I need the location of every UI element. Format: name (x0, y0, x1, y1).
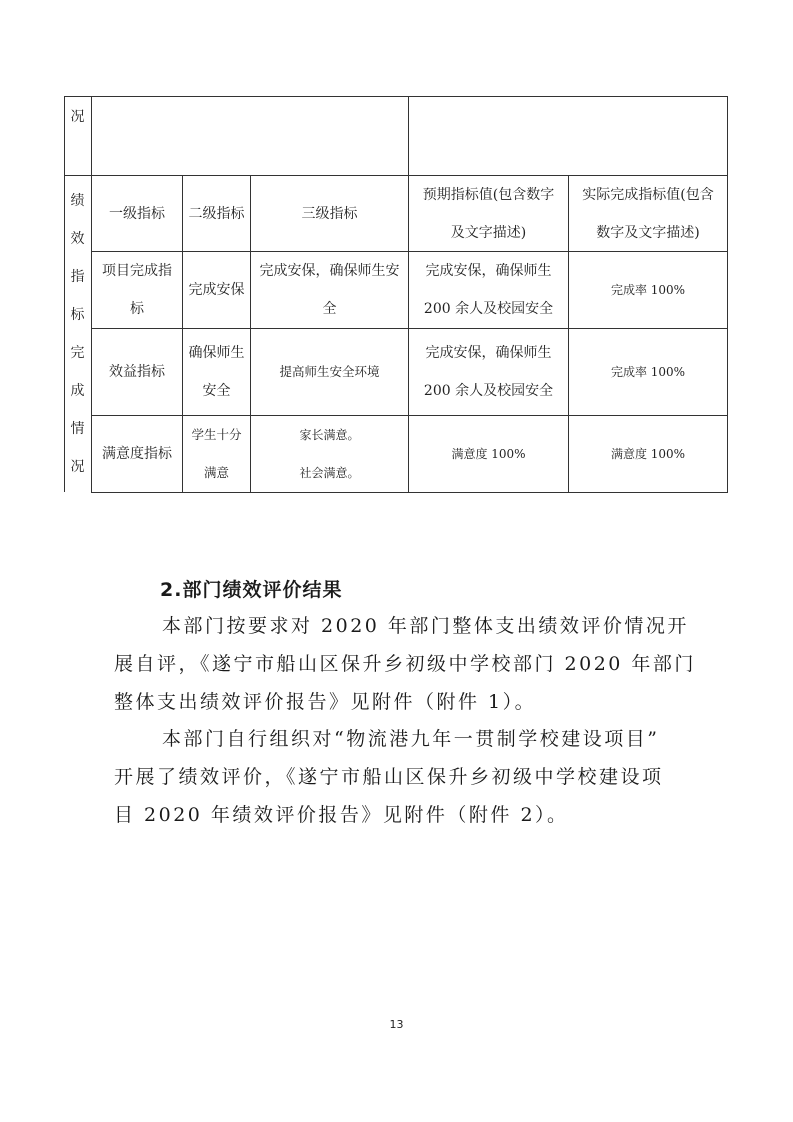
cell-text: 完成安保，确保师生 (426, 252, 552, 290)
paragraph-line: 整体支出绩效评价报告》见附件（附件 1）。 (114, 683, 704, 721)
table-border-top (64, 96, 728, 97)
row2-expected: 完成安保，确保师生 200 余人及校园安全 (409, 329, 568, 415)
paragraph-line: 本部门自行组织对“物流港九年一贯制学校建设项目” (114, 720, 704, 758)
row3-level2: 学生十分 满意 (183, 416, 250, 492)
row1-level3: 完成安保，确保师生安 全 (251, 252, 408, 328)
row2-actual: 完成率 100% (569, 329, 727, 415)
header-actual: 实际完成指标值(包含 数字及文字描述) (569, 176, 727, 251)
header-text: 二级指标 (189, 195, 245, 233)
row3-actual: 满意度 100% (569, 416, 727, 492)
row1-level2: 完成安保 (183, 252, 250, 328)
table-border-bottom (91, 492, 728, 493)
cell-text: 完成率 100% (611, 353, 685, 391)
cell-text: 全 (323, 290, 337, 328)
cell-text: 200 余人及校园安全 (424, 372, 553, 410)
cell-text: 满意度 100% (451, 435, 525, 473)
label-char: 成 (64, 380, 91, 400)
header-level2: 二级指标 (183, 176, 250, 251)
cell-text: 200 余人及校园安全 (424, 290, 553, 328)
cell-text: 确保师生 (189, 334, 245, 372)
paragraph-line: 目 2020 年绩效评价报告》见附件（附件 2）。 (114, 796, 704, 834)
row2-level2: 确保师生 安全 (183, 329, 250, 415)
paragraph-line: 开展了绩效评价，《遂宁市船山区保升乡初级中学校建设项 (114, 758, 704, 796)
label-char: 绩 (64, 190, 91, 210)
cell-text: 满意 (204, 454, 229, 492)
cell-text: 完成安保 (189, 271, 245, 309)
cell-text: 完成安保，确保师生 (426, 334, 552, 372)
header-text: 预期指标值(包含数字 (423, 176, 554, 214)
paragraph-line: 展自评，《遂宁市船山区保升乡初级中学校部门 2020 年部门 (114, 645, 704, 683)
paragraph-2: 本部门自行组织对“物流港九年一贯制学校建设项目” 开展了绩效评价，《遂宁市船山区… (114, 720, 704, 834)
cell-text: 提高师生安全环境 (279, 353, 379, 391)
label-char: 效 (64, 228, 91, 248)
header-text: 及文字描述) (451, 214, 526, 252)
label-char: 完 (64, 342, 91, 362)
row1-level1: 项目完成指 标 (92, 252, 182, 328)
paragraph-1: 本部门按要求对 2020 年部门整体支出绩效评价情况开 展自评，《遂宁市船山区保… (114, 607, 704, 721)
label-char: 情 (64, 418, 91, 438)
cell-text: 项目完成指 (102, 252, 172, 290)
header-text: 数字及文字描述) (596, 214, 699, 252)
row3-level1: 满意度指标 (92, 416, 182, 492)
cell-text: 安全 (203, 372, 231, 410)
header-text: 实际完成指标值(包含 (582, 176, 713, 214)
paragraph-line: 本部门按要求对 2020 年部门整体支出绩效评价情况开 (114, 607, 704, 645)
cell-text: 家长满意。 (299, 416, 359, 454)
cell-text: 完成率 100% (611, 271, 685, 309)
row1-expected: 完成安保，确保师生 200 余人及校园安全 (409, 252, 568, 328)
row1-actual: 完成率 100% (569, 252, 727, 328)
cell-text: 标 (130, 290, 144, 328)
row2-level1: 效益指标 (92, 329, 182, 415)
cell-text: 学生十分 (191, 416, 241, 454)
label-char: 指 (64, 266, 91, 286)
label-char: 况 (64, 106, 91, 126)
section-heading: 2.部门绩效评价结果 (160, 575, 342, 602)
header-level3: 三级指标 (251, 176, 408, 251)
label-char: 况 (64, 456, 91, 476)
row3-expected: 满意度 100% (409, 416, 568, 492)
cell-text: 效益指标 (109, 353, 165, 391)
header-expected: 预期指标值(包含数字 及文字描述) (409, 176, 568, 251)
cell-text: 社会满意。 (299, 454, 359, 492)
header-level1: 一级指标 (92, 176, 182, 251)
table-border-right (727, 96, 728, 493)
label-char: 标 (64, 304, 91, 324)
header-text: 一级指标 (109, 195, 165, 233)
cell-text: 满意度 100% (611, 435, 685, 473)
cell-text: 完成安保，确保师生安 (260, 252, 400, 290)
header-text: 三级指标 (302, 195, 358, 233)
row3-level3: 家长满意。 社会满意。 (251, 416, 408, 492)
cell-text: 满意度指标 (102, 435, 172, 473)
row2-level3: 提高师生安全环境 (251, 329, 408, 415)
page-number: 13 (0, 1018, 793, 1031)
